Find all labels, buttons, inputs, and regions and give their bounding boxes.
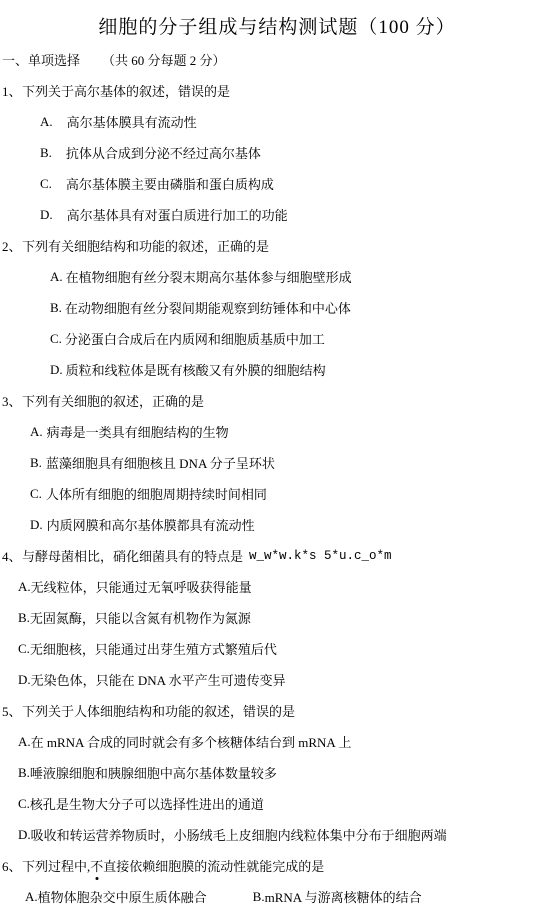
option-c-label: C.	[18, 641, 30, 657]
option-a-text: 在植物细胞有丝分裂末期高尔基体参与细胞壁形成	[66, 267, 352, 286]
question-2-option-d: D. 质粒和线粒体是既有核酸又有外膜的细胞结构	[2, 354, 552, 385]
option-d-label: D.	[18, 827, 31, 843]
watermark-text: w_w*w.k*s 5*u.c_o*m	[249, 549, 392, 563]
option-a-label: A.	[18, 579, 31, 595]
option-a-text: 在 mRNA 合成的同时就会有多个核糖体结台到 mRNA 上	[31, 732, 352, 751]
test-paper-document: 细胞的分子组成与结构测试题（100 分） 一、单项选择 （共 60 分每题 2 …	[0, 0, 554, 915]
option-b-label: B.	[30, 455, 42, 471]
question-1-option-a: A. 高尔基体膜具有流动性	[2, 106, 552, 137]
option-b-label: B.	[253, 889, 265, 905]
question-5-number: 5、	[2, 701, 22, 720]
question-4-option-c: C. 无细胞核，只能通过出芽生殖方式繁殖后代	[2, 633, 552, 664]
question-4-option-d: D. 无染色体，只能在 DNA 水平产生可遗传变异	[2, 664, 552, 695]
question-3-option-b: B. 蓝藻细胞具有细胞核且 DNA 分子呈环状	[2, 447, 552, 478]
option-c-label: C.	[40, 176, 52, 192]
question-3-option-d: D. 内质网膜和高尔基体膜都具有流动性	[2, 509, 552, 540]
option-b-text: 在动物细胞有丝分裂间期能观察到纺锤体和中心体	[65, 298, 351, 317]
question-1-option-c: C. 高尔基体膜主要由磷脂和蛋白质构成	[2, 168, 552, 199]
option-c-text: 分泌蛋白合成后在内质网和细胞质基质中加工	[65, 329, 325, 348]
option-b-label: B.	[50, 300, 62, 316]
question-5-stem: 5、 下列关于人体细胞结构和功能的叙述，错误的是	[2, 695, 552, 726]
question-4-number: 4、	[2, 546, 22, 565]
option-a-text: 高尔基体膜具有流动性	[67, 112, 197, 131]
option-c-text: 无细胞核，只能通过出芽生殖方式繁殖后代	[30, 639, 277, 658]
option-c-text: 核孔是生物大分子可以选择性进出的通道	[30, 794, 264, 813]
question-2-text: 下列有关细胞结构和功能的叙述，正确的是	[22, 236, 269, 255]
question-2-option-a: A. 在植物细胞有丝分裂末期高尔基体参与细胞壁形成	[2, 261, 552, 292]
option-c-label: C.	[18, 796, 30, 812]
question-1-option-b: B. 抗体从合成到分泌不经过高尔基体	[2, 137, 552, 168]
document-title: 细胞的分子组成与结构测试题（100 分）	[2, 6, 552, 44]
question-3-text: 下列有关细胞的叙述，正确的是	[22, 391, 204, 410]
option-c-text: 高尔基体膜主要由磷脂和蛋白质构成	[66, 174, 274, 193]
question-5-text: 下列关于人体细胞结构和功能的叙述，错误的是	[22, 701, 295, 720]
question-2-option-b: B. 在动物细胞有丝分裂间期能观察到纺锤体和中心体	[2, 292, 552, 323]
question-5-option-c: C. 核孔是生物大分子可以选择性进出的通道	[2, 788, 552, 819]
question-5-option-d: D. 吸收和转运营养物质时，小肠绒毛上皮细胞内线粒体集中分布于细胞两端	[2, 819, 552, 850]
question-6-stem: 6、 下列过程中, 不 直接依赖细胞膜的流动性就能完成的是	[2, 850, 552, 881]
option-a-label: A.	[18, 734, 31, 750]
question-5-option-b: B. 唾液腺细胞和胰腺细胞中高尔基体数量较多	[2, 757, 552, 788]
section-label: 一、单项选择	[2, 50, 80, 69]
option-d-text: 质粒和线粒体是既有核酸又有外膜的细胞结构	[66, 360, 326, 379]
question-3-stem: 3、 下列有关细胞的叙述，正确的是	[2, 385, 552, 416]
question-6-text-post: 直接依赖细胞膜的流动性就能完成的是	[103, 856, 324, 875]
option-b-label: B.	[40, 145, 52, 161]
question-1-stem: 1、 下列关于高尔基体的叙述，错误的是	[2, 75, 552, 106]
option-a-label: A.	[50, 269, 63, 285]
question-2-option-c: C. 分泌蛋白合成后在内质网和细胞质基质中加工	[2, 323, 552, 354]
question-2-stem: 2、 下列有关细胞结构和功能的叙述，正确的是	[2, 230, 552, 261]
option-c-label: C.	[50, 331, 62, 347]
option-d-text: 内质网膜和高尔基体膜都具有流动性	[47, 515, 255, 534]
option-b-label: B.	[18, 610, 30, 626]
option-d-text: 无染色体，只能在 DNA 水平产生可遗传变异	[31, 670, 286, 689]
question-2-number: 2、	[2, 236, 22, 255]
option-b-text: 抗体从合成到分泌不经过高尔基体	[66, 143, 261, 162]
option-a-label: A.	[25, 889, 38, 905]
option-b-text: 唾液腺细胞和胰腺细胞中高尔基体数量较多	[30, 763, 277, 782]
question-4-text: 与酵母菌相比，硝化细菌具有的特点是	[22, 546, 243, 565]
option-d-label: D.	[18, 672, 31, 688]
question-4-option-a: A. 无线粒体，只能通过无氧呼吸获得能量	[2, 571, 552, 602]
question-5-option-a: A. 在 mRNA 合成的同时就会有多个核糖体结台到 mRNA 上	[2, 726, 552, 757]
option-d-text: 吸收和转运营养物质时，小肠绒毛上皮细胞内线粒体集中分布于细胞两端	[31, 825, 447, 844]
question-6-emphasized-char: 不	[90, 856, 103, 875]
option-d-label: D.	[40, 207, 53, 223]
section-header: 一、单项选择 （共 60 分每题 2 分）	[2, 44, 552, 75]
question-3-option-c: C. 人体所有细胞的细胞周期持续时间相同	[2, 478, 552, 509]
question-1-option-d: D. 高尔基体具有对蛋白质进行加工的功能	[2, 199, 552, 230]
option-a-label: A.	[40, 114, 53, 130]
option-b-label: B.	[18, 765, 30, 781]
section-points: （共 60 分每题 2 分）	[102, 50, 226, 69]
question-6-options-row: A. 植物体胞杂交中原生质体融合 B. mRNA 与游离核糖体的结合	[2, 881, 552, 912]
question-4-stem: 4、 与酵母菌相比，硝化细菌具有的特点是 w_w*w.k*s 5*u.c_o*m	[2, 540, 552, 571]
option-d-label: D.	[50, 362, 63, 378]
question-1-number: 1、	[2, 81, 22, 100]
question-6-text-pre: 下列过程中,	[22, 856, 90, 875]
option-b-text: 无固氮酶，只能以含氮有机物作为氮源	[30, 608, 251, 627]
question-1-text: 下列关于高尔基体的叙述，错误的是	[22, 81, 230, 100]
option-c-label: C.	[30, 486, 42, 502]
option-a-text: 无线粒体，只能通过无氧呼吸获得能量	[31, 577, 252, 596]
option-a-text: 病毒是一类具有细胞结构的生物	[47, 422, 229, 441]
option-b-text: mRNA 与游离核糖体的结合	[265, 887, 422, 906]
option-d-label: D.	[30, 517, 43, 533]
option-b-text: 蓝藻细胞具有细胞核且 DNA 分子呈环状	[46, 453, 275, 472]
option-a-text: 植物体胞杂交中原生质体融合	[38, 887, 207, 906]
question-3-number: 3、	[2, 391, 22, 410]
option-c-text: 人体所有细胞的细胞周期持续时间相同	[46, 484, 267, 503]
option-a-label: A.	[30, 424, 43, 440]
question-6-number: 6、	[2, 856, 22, 875]
question-4-option-b: B. 无固氮酶，只能以含氮有机物作为氮源	[2, 602, 552, 633]
question-3-option-a: A. 病毒是一类具有细胞结构的生物	[2, 416, 552, 447]
option-d-text: 高尔基体具有对蛋白质进行加工的功能	[67, 205, 288, 224]
